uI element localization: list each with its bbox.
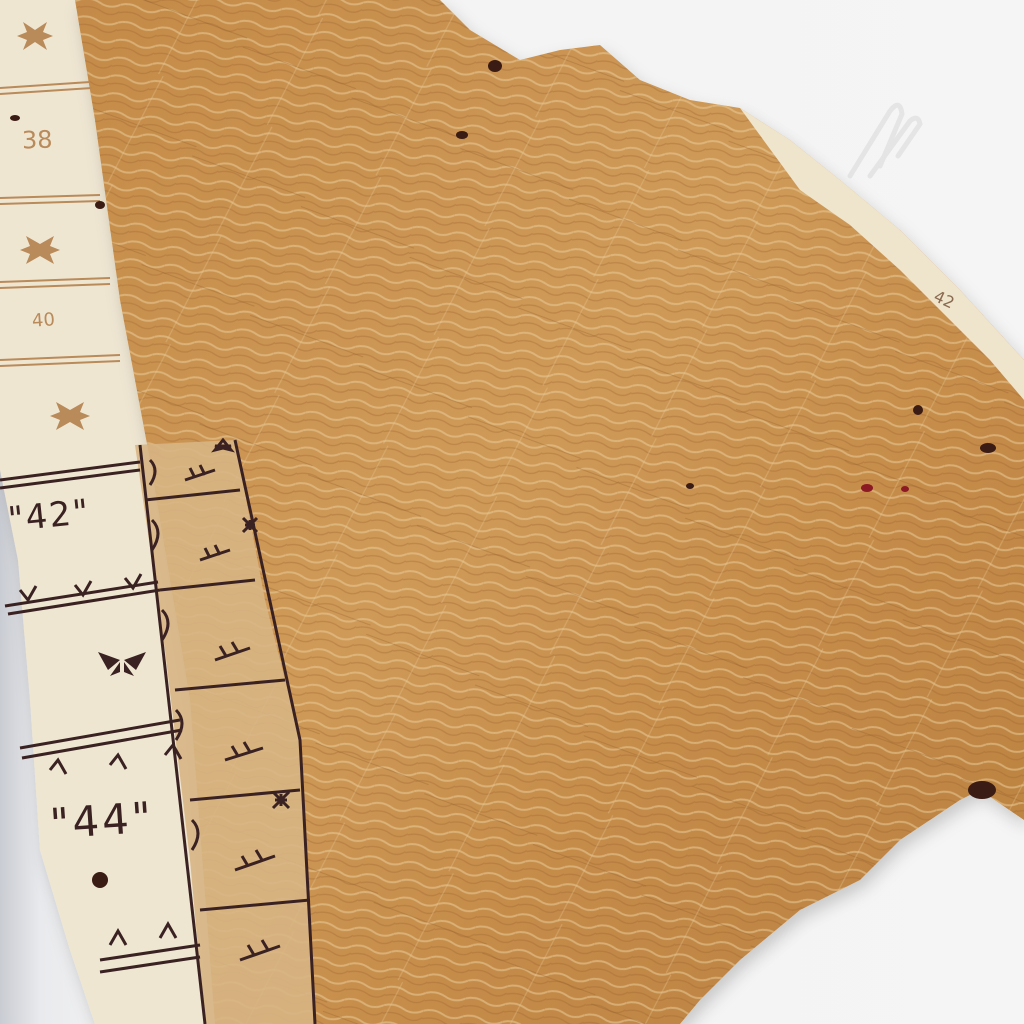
- photo-scene: 38 40 "42" "44" 42: [0, 0, 1024, 1024]
- logo-watermark-icon: [840, 96, 930, 186]
